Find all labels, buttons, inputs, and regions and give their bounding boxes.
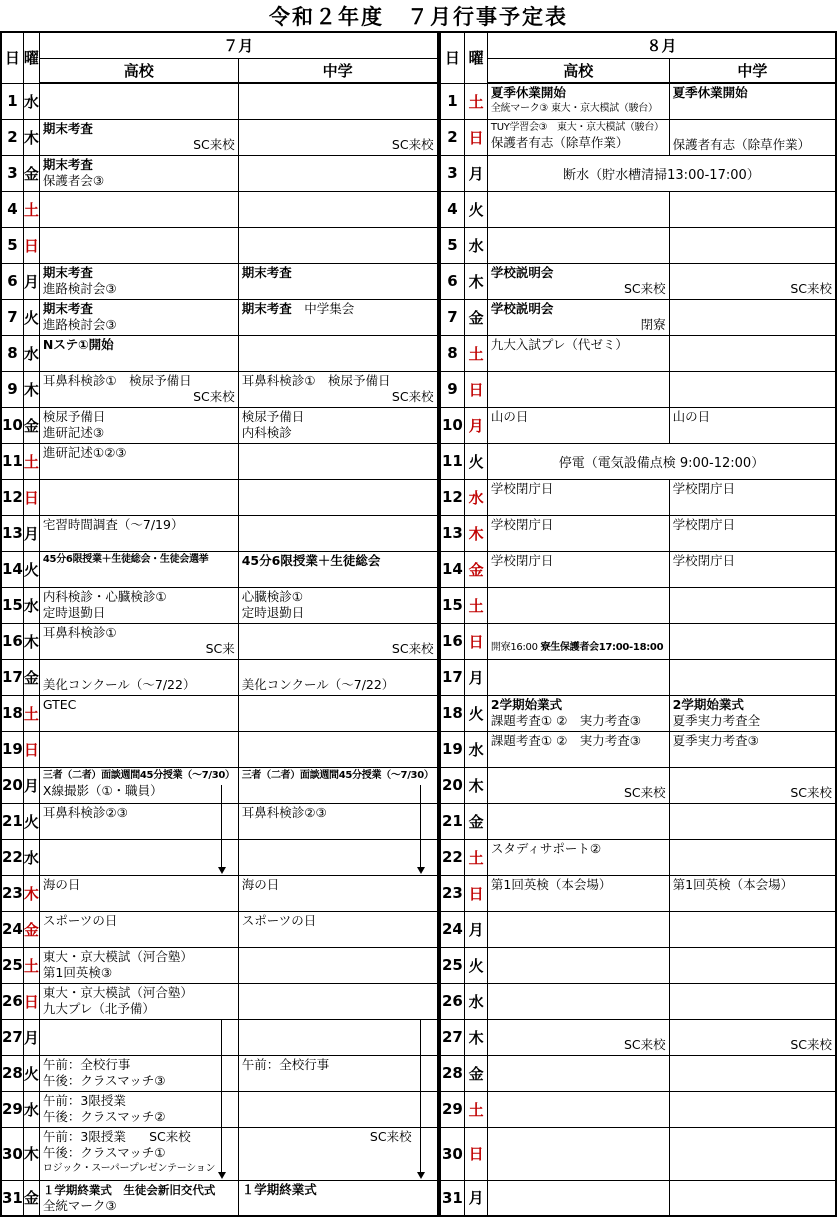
hs-event-cell: 開寮16:00 寮生保護者会17:00-18:00 [487, 623, 669, 659]
day-number-cell: 14 [440, 551, 465, 587]
day-number-cell: 17 [440, 659, 465, 695]
weekday-cell: 水 [465, 479, 488, 515]
period-arrow-line [221, 1020, 222, 1055]
weekday-cell: 日 [23, 731, 39, 767]
schedule-row: 5水 [440, 227, 836, 263]
schedule-row: 5日 [1, 227, 438, 263]
event-text: スポーツの日 [242, 913, 434, 930]
event-text: 耳鼻科検診②③ [43, 805, 235, 822]
schedule-row: 6月期末考査進路検討会③期末考査 [1, 263, 438, 299]
hs-event-cell [487, 587, 669, 623]
schedule-row: 9日 [440, 371, 836, 407]
weekday-cell: 日 [23, 983, 39, 1019]
day-number-cell: 20 [1, 767, 23, 803]
event-text: SC来校 [673, 1037, 832, 1054]
hs-event-cell: 東大・京大模試（河合塾）第1回英検③ [39, 947, 238, 983]
jh-event-cell [669, 1127, 836, 1180]
hs-event-cell: Nステ①開始 [39, 335, 238, 371]
event-text [673, 1021, 832, 1038]
jh-event-cell: 夏季休業開始 [669, 83, 836, 119]
day-number-cell: 10 [440, 407, 465, 443]
hs-event-cell: 耳鼻科検診②③ [39, 803, 238, 839]
weekday-cell: 木 [465, 1019, 488, 1055]
weekday-cell: 日 [465, 119, 488, 155]
event-text-left: 午前：3限授業 [43, 1129, 126, 1146]
weekday-cell: 土 [23, 695, 39, 731]
schedule-row: 16日 開寮16:00 寮生保護者会17:00-18:00 [440, 623, 836, 659]
weekday-cell: 土 [23, 947, 39, 983]
hs-event-cell [39, 227, 238, 263]
jh-event-cell: 学校閉庁日 [669, 515, 836, 551]
jh-event-cell [238, 1091, 437, 1127]
jh-event-cell [238, 83, 437, 119]
jh-event-cell: １学期終業式 [238, 1180, 437, 1216]
day-number-cell: 23 [1, 875, 23, 911]
event-text: 学校閉庁日 [491, 481, 666, 498]
event-text: スタディサポート② [491, 841, 666, 858]
event-text: 停電（電気設備点検 9:00-12:00） [488, 452, 835, 471]
event-text: 第1回英検（本会場） [491, 877, 666, 894]
col-header-junior-high: 中学 [238, 58, 437, 83]
jh-event-cell [669, 335, 836, 371]
weekday-cell: 月 [465, 155, 488, 191]
day-number-cell: 8 [1, 335, 23, 371]
event-text: 保護者有志（除草作業） [491, 135, 666, 152]
jh-event-cell [238, 839, 437, 875]
col-header-weekday: 曜 [465, 32, 488, 83]
jh-event-cell: 期末考査 [238, 263, 437, 299]
jh-event-cell: SC来校 [238, 623, 437, 659]
event-text: 保護者会③ [43, 173, 235, 190]
event-text: 2学期始業式 [491, 697, 666, 714]
event-text: 耳鼻科検診① 検尿予備日 [242, 373, 434, 390]
weekday-cell: 火 [465, 695, 488, 731]
schedule-row: 7金学校説明会閉寮 [440, 299, 836, 335]
hs-event-cell [39, 839, 238, 875]
event-text: 山の日 [673, 409, 832, 426]
jh-event-cell: 夏季実力考査③ [669, 731, 836, 767]
event-text: SC来校 [242, 389, 434, 406]
day-number-cell: 13 [1, 515, 23, 551]
event-text: 耳鼻科検診① [43, 625, 235, 642]
schedule-row: 15土 [440, 587, 836, 623]
schedule-row: 20月三者（二者）面談週間45分授業（～7/30）X線撮影（①・職員）三者（二者… [1, 767, 438, 803]
jh-event-cell [669, 803, 836, 839]
schedule-row: 21火耳鼻科検診②③耳鼻科検診②③ [1, 803, 438, 839]
schedule-row: 15水内科検診・心臓検診①定時退勤日心臓検診①定時退勤日 [1, 587, 438, 623]
header-row-month: 日曜７月 [1, 32, 438, 58]
hs-event-cell [487, 1055, 669, 1091]
day-number-cell: 28 [1, 1055, 23, 1091]
jh-event-cell [238, 947, 437, 983]
jh-event-cell: 海の日 [238, 875, 437, 911]
hs-event-cell: 進研記述①②③ [39, 443, 238, 479]
month-table-july: 日曜７月高校中学1水2木期末考査SC来校 SC来校3金期末考査保護者会③4土5日… [0, 31, 439, 1217]
event-text-right: SC来校 [149, 1129, 213, 1146]
event-text [673, 121, 832, 138]
schedule-row: 22土スタディサポート② [440, 839, 836, 875]
hs-event-cell: 美化コンクール（～7/22） [39, 659, 238, 695]
event-text: TUY学習会③ 東大・京大模試（駿台） [491, 121, 666, 135]
event-text [491, 769, 666, 786]
schedule-row: 1土夏季休業開始全統マーク③ 東大・京大模試（駿台）夏季休業開始 [440, 83, 836, 119]
hs-event-cell: 検尿予備日進研記述③ [39, 407, 238, 443]
day-number-cell: 22 [1, 839, 23, 875]
hs-event-cell [487, 227, 669, 263]
day-number-cell: 21 [1, 803, 23, 839]
event-text [242, 661, 434, 678]
day-number-cell: 23 [440, 875, 465, 911]
weekday-cell: 月 [23, 263, 39, 299]
event-text: 心臓検診① [242, 589, 434, 606]
event-text: 午後：クラスマッチ③ [43, 1073, 235, 1090]
event-text: 学校説明会 [491, 301, 666, 318]
day-number-cell: 30 [1, 1127, 23, 1180]
weekday-cell: 金 [465, 299, 488, 335]
jh-event-cell [669, 191, 836, 227]
period-arrow-line [221, 785, 222, 803]
hs-event-cell: 課題考査① ② 実力考査③ [487, 731, 669, 767]
weekday-cell: 木 [465, 515, 488, 551]
weekday-cell: 金 [23, 911, 39, 947]
event-text: １学期終業式 生徒会新旧交代式 [43, 1182, 235, 1199]
event-text: 九大プレ（北予備） [43, 1001, 235, 1018]
weekday-cell: 水 [23, 335, 39, 371]
day-number-cell: 28 [440, 1055, 465, 1091]
event-text: 課題考査① ② 実力考査③ [491, 733, 666, 750]
weekday-cell: 木 [23, 371, 39, 407]
period-arrow-line [221, 840, 222, 868]
header-row-sections: 高校中学 [440, 58, 836, 83]
event-text: 保護者有志（除草作業） [673, 137, 832, 154]
schedule-tables: 日曜７月高校中学1水2木期末考査SC来校 SC来校3金期末考査保護者会③4土5日… [0, 31, 837, 1217]
weekday-cell: 木 [23, 1127, 39, 1180]
period-arrow-line [221, 1056, 222, 1091]
jh-event-cell [238, 191, 437, 227]
event-text: 耳鼻科検診① 検尿予備日 [43, 373, 235, 390]
weekday-cell: 火 [465, 191, 488, 227]
day-number-cell: 9 [1, 371, 23, 407]
period-arrow-line [420, 840, 421, 868]
schedule-row: 26水 [440, 983, 836, 1019]
schedule-row: 8水Nステ①開始 [1, 335, 438, 371]
schedule-row: 9木耳鼻科検診① 検尿予備日SC来校耳鼻科検診① 検尿予備日SC来校 [1, 371, 438, 407]
schedule-row: 28金 [440, 1055, 836, 1091]
weekday-cell: 金 [23, 407, 39, 443]
period-arrow-head [417, 1172, 425, 1179]
schedule-row: 25土東大・京大模試（河合塾）第1回英検③ [1, 947, 438, 983]
weekday-cell: 日 [465, 371, 488, 407]
jh-event-cell: SC来校 [669, 767, 836, 803]
day-number-cell: 5 [440, 227, 465, 263]
event-text: 期末考査 [43, 121, 235, 138]
jh-event-cell [238, 695, 437, 731]
period-arrow-line [420, 1092, 421, 1127]
col-header-day: 日 [440, 32, 465, 83]
weekday-cell: 日 [23, 479, 39, 515]
period-arrow-line [420, 804, 421, 839]
event-text: 全統マーク③ 東大・京大模試（駿台） [491, 102, 666, 116]
day-number-cell: 10 [1, 407, 23, 443]
event-text: 期末考査 [43, 265, 235, 282]
event-text: 耳鼻科検診②③ [242, 805, 434, 822]
hs-event-cell: 内科検診・心臓検診①定時退勤日 [39, 587, 238, 623]
col-header-high-school: 高校 [39, 58, 238, 83]
schedule-row: 31金１学期終業式 生徒会新旧交代式全統マーク③１学期終業式 [1, 1180, 438, 1216]
hs-event-cell: １学期終業式 生徒会新旧交代式全統マーク③ [39, 1180, 238, 1216]
day-number-cell: 12 [1, 479, 23, 515]
event-text: 学校閉庁日 [491, 517, 666, 534]
event-text: 午前：全校行事 [43, 1057, 235, 1074]
event-text [242, 121, 434, 138]
weekday-cell: 水 [23, 839, 39, 875]
day-number-cell: 31 [440, 1180, 465, 1216]
hs-event-cell [39, 191, 238, 227]
event-text: 閉寮 [491, 317, 666, 334]
event-text: 内科検診・心臓検診① [43, 589, 235, 606]
schedule-row: 17月 [440, 659, 836, 695]
hs-event-cell: 期末考査保護者会③ [39, 155, 238, 191]
weekday-cell: 月 [23, 1019, 39, 1055]
jh-event-cell [238, 155, 437, 191]
schedule-row: 3金期末考査保護者会③ [1, 155, 438, 191]
event-text: 三者（二者）面談週間45分授業（～7/30） [43, 769, 235, 783]
event-text: 美化コンクール（～7/22） [242, 677, 434, 694]
event-text [673, 265, 832, 282]
event-text-part: 開寮16:00 [491, 642, 541, 653]
event-text: 45分6限授業＋生徒総会 [242, 553, 434, 570]
weekday-cell: 水 [465, 227, 488, 263]
day-number-cell: 6 [1, 263, 23, 299]
event-text: 宅習時間調査（～7/19） [43, 517, 235, 534]
weekday-cell: 月 [465, 659, 488, 695]
day-number-cell: 15 [440, 587, 465, 623]
hs-event-cell: 学校閉庁日 [487, 551, 669, 587]
weekday-cell: 水 [465, 731, 488, 767]
event-text: 東大・京大模試（河合塾） [43, 949, 235, 966]
hs-event-cell: 期末考査進路検討会③ [39, 263, 238, 299]
day-number-cell: 5 [1, 227, 23, 263]
jh-event-cell: 午前：全校行事 [238, 1055, 437, 1091]
day-number-cell: 25 [440, 947, 465, 983]
weekday-cell: 日 [465, 1127, 488, 1180]
weekday-cell: 火 [23, 803, 39, 839]
event-text [491, 1021, 666, 1038]
jh-event-cell [669, 299, 836, 335]
day-number-cell: 21 [440, 803, 465, 839]
event-text: SC来校 [673, 785, 832, 802]
hs-event-cell: 午前：3限授業SC来校午後：クラスマッチ①ロジック・スーパープレゼンテーション [39, 1127, 238, 1180]
period-arrow-head [218, 867, 226, 874]
weekday-cell: 木 [465, 263, 488, 299]
jh-event-cell: 第1回英検（本会場） [669, 875, 836, 911]
jh-event-cell [669, 911, 836, 947]
event-text: 午前：3限授業 [43, 1093, 235, 1110]
weekday-cell: 火 [23, 299, 39, 335]
weekday-cell: 土 [465, 83, 488, 119]
event-text: 第1回英検（本会場） [673, 877, 832, 894]
schedule-row: 10月山の日山の日 [440, 407, 836, 443]
event-text: 三者（二者）面談週間45分授業（～7/30） [242, 769, 434, 783]
weekday-cell: 木 [23, 875, 39, 911]
hs-event-cell: 学校閉庁日 [487, 479, 669, 515]
jh-event-cell: SC来校 [669, 263, 836, 299]
weekday-cell: 金 [23, 659, 39, 695]
hs-event-cell: 夏季休業開始全統マーク③ 東大・京大模試（駿台） [487, 83, 669, 119]
jh-event-cell: 耳鼻科検診① 検尿予備日SC来校 [238, 371, 437, 407]
schedule-row: 13木学校閉庁日学校閉庁日 [440, 515, 836, 551]
schedule-row: 23日第1回英検（本会場）第1回英検（本会場） [440, 875, 836, 911]
schedule-row: 29水午前：3限授業午後：クラスマッチ② [1, 1091, 438, 1127]
jh-event-cell [238, 227, 437, 263]
schedule-row: 2日TUY学習会③ 東大・京大模試（駿台）保護者有志（除草作業） 保護者有志（除… [440, 119, 836, 155]
jh-event-cell [669, 947, 836, 983]
day-number-cell: 27 [1, 1019, 23, 1055]
jh-event-cell: SC来校 [238, 1127, 437, 1180]
schedule-row: 25火 [440, 947, 836, 983]
weekday-cell: 金 [465, 551, 488, 587]
event-text: １学期終業式 [242, 1182, 434, 1199]
shared-event-cell: 断水（貯水槽清掃13:00-17:00） [487, 155, 836, 191]
day-number-cell: 29 [440, 1091, 465, 1127]
day-number-cell: 8 [440, 335, 465, 371]
schedule-row: 4土 [1, 191, 438, 227]
event-text: 期末考査 [242, 265, 434, 282]
event-text: 学校閉庁日 [491, 553, 666, 570]
jh-event-cell [669, 227, 836, 263]
day-number-cell: 13 [440, 515, 465, 551]
hs-event-cell: スポーツの日 [39, 911, 238, 947]
event-text: 定時退勤日 [43, 605, 235, 622]
day-number-cell: 24 [440, 911, 465, 947]
weekday-cell: 水 [23, 587, 39, 623]
day-number-cell: 19 [440, 731, 465, 767]
day-number-cell: 14 [1, 551, 23, 587]
weekday-cell: 土 [465, 839, 488, 875]
event-text: X線撮影（①・職員） [43, 783, 235, 800]
period-arrow-line [221, 1092, 222, 1127]
jh-event-cell: SC来校 [238, 119, 437, 155]
period-arrow-head [417, 867, 425, 874]
hs-event-cell [487, 191, 669, 227]
hs-event-cell: GTEC [39, 695, 238, 731]
weekday-cell: 木 [23, 119, 39, 155]
event-text: 断水（貯水槽清掃13:00-17:00） [488, 164, 835, 183]
event-text: 午後：クラスマッチ② [43, 1109, 235, 1126]
weekday-cell: 土 [465, 587, 488, 623]
jh-event-cell: 45分6限授業＋生徒総会 [238, 551, 437, 587]
event-text: SC来 [43, 641, 235, 658]
schedule-row: 30日 [440, 1127, 836, 1180]
day-number-cell: 20 [440, 767, 465, 803]
weekday-cell: 土 [23, 191, 39, 227]
event-text: 海の日 [242, 877, 434, 894]
month-header: ７月 [39, 32, 437, 58]
day-number-cell: 2 [440, 119, 465, 155]
day-number-cell: 3 [440, 155, 465, 191]
weekday-cell: 水 [23, 83, 39, 119]
event-text: 夏季休業開始 [673, 85, 832, 102]
event-text: 夏季休業開始 [491, 85, 666, 102]
event-text: 課題考査① ② 実力考査③ [491, 713, 666, 730]
hs-event-cell: TUY学習会③ 東大・京大模試（駿台）保護者有志（除草作業） [487, 119, 669, 155]
hs-event-cell: 期末考査進路検討会③ [39, 299, 238, 335]
jh-event-cell [669, 623, 836, 659]
event-text: 学校閉庁日 [673, 517, 832, 534]
day-number-cell: 17 [1, 659, 23, 695]
day-number-cell: 25 [1, 947, 23, 983]
day-number-cell: 4 [1, 191, 23, 227]
event-text: 学校閉庁日 [673, 553, 832, 570]
schedule-row: 11土進研記述①②③ [1, 443, 438, 479]
jh-event-cell [238, 479, 437, 515]
hs-event-cell: 耳鼻科検診①SC来 [39, 623, 238, 659]
day-number-cell: 3 [1, 155, 23, 191]
period-arrow-line [221, 804, 222, 839]
day-number-cell: 11 [440, 443, 465, 479]
schedule-row: 14火45分6限授業＋生徒総会・生徒会選挙45分6限授業＋生徒総会 [1, 551, 438, 587]
hs-event-cell: 東大・京大模試（河合塾）九大プレ（北予備） [39, 983, 238, 1019]
event-text: SC来校 [491, 281, 666, 298]
schedule-row: 27木 SC来校 SC来校 [440, 1019, 836, 1055]
hs-event-cell: 学校説明会閉寮 [487, 299, 669, 335]
event-text-part: 寮生保護者会17:00-18:00 [541, 642, 664, 653]
hs-event-cell: 海の日 [39, 875, 238, 911]
event-text: 内科検診 [242, 425, 434, 442]
event-text: 夏季実力考査③ [673, 733, 832, 750]
header-row-month: 日曜８月 [440, 32, 836, 58]
hs-event-cell: 学校閉庁日 [487, 515, 669, 551]
weekday-cell: 日 [23, 227, 39, 263]
col-header-junior-high: 中学 [669, 58, 836, 83]
day-number-cell: 9 [440, 371, 465, 407]
day-number-cell: 16 [1, 623, 23, 659]
weekday-cell: 金 [465, 803, 488, 839]
hs-event-cell: 45分6限授業＋生徒総会・生徒会選挙 [39, 551, 238, 587]
jh-event-cell [669, 1180, 836, 1216]
schedule-row: 6木学校説明会SC来校 SC来校 [440, 263, 836, 299]
jh-event-cell [238, 731, 437, 767]
event-text: SC来校 [673, 281, 832, 298]
period-arrow-line [420, 1020, 421, 1055]
schedule-row: 14金学校閉庁日学校閉庁日 [440, 551, 836, 587]
event-text: スポーツの日 [43, 913, 235, 930]
day-number-cell: 19 [1, 731, 23, 767]
event-text: 検尿予備日 [242, 409, 434, 426]
event-text: SC来校 [491, 785, 666, 802]
jh-event-cell: SC来校 [669, 1019, 836, 1055]
jh-event-cell [669, 659, 836, 695]
header-row-sections: 高校中学 [1, 58, 438, 83]
jh-event-cell [238, 443, 437, 479]
schedule-row: 2木期末考査SC来校 SC来校 [1, 119, 438, 155]
event-text: 進路検討会③ [43, 281, 235, 298]
event-text: 山の日 [491, 409, 666, 426]
hs-event-cell: SC来校 [487, 1019, 669, 1055]
weekday-cell: 土 [465, 335, 488, 371]
schedule-row: 12日 [1, 479, 438, 515]
weekday-cell: 金 [23, 1180, 39, 1216]
schedule-row: 3月断水（貯水槽清掃13:00-17:00） [440, 155, 836, 191]
day-number-cell: 7 [440, 299, 465, 335]
hs-event-cell: 期末考査SC来校 [39, 119, 238, 155]
schedule-row: 28火午前：全校行事午後：クラスマッチ③午前：全校行事 [1, 1055, 438, 1091]
event-text: 美化コンクール（～7/22） [43, 677, 235, 694]
event-text [43, 661, 235, 678]
weekday-cell: 火 [23, 551, 39, 587]
weekday-cell: 火 [465, 947, 488, 983]
event-text: Nステ①開始 [43, 337, 235, 354]
